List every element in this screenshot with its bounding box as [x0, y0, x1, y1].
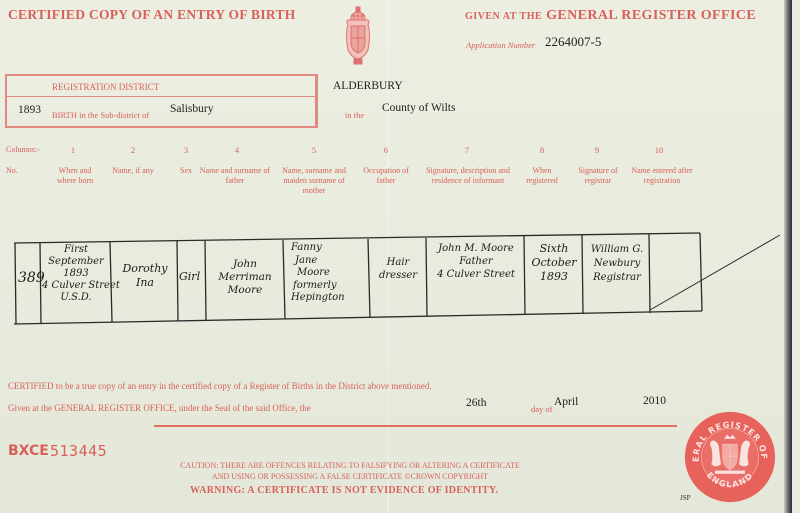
- entry-when-registered: Sixth October 1893: [526, 242, 582, 284]
- father-first: John: [207, 258, 283, 271]
- entry-father: John Merriman Moore: [207, 258, 283, 297]
- issue-day: 26th: [466, 397, 486, 409]
- general-register-office-seal-icon: GENERAL REGISTER OFFICE × ENGLAND ×: [684, 411, 776, 503]
- registrar-title: Registrar: [584, 271, 650, 285]
- registered-year: 1893: [526, 270, 582, 284]
- certification-statement: CERTIFIED to be a true copy of an entry …: [8, 381, 432, 391]
- issue-month: April: [554, 396, 578, 408]
- born-year: 1893: [42, 268, 110, 280]
- registered-month: October: [526, 256, 582, 270]
- entry-informant: John M. Moore Father 4 Culver Street: [428, 242, 524, 281]
- entry-mother: Fanny Jane Moore formerly Hepington: [287, 242, 367, 305]
- informant-name: John M. Moore: [428, 242, 524, 255]
- occupation-line2: dresser: [370, 269, 426, 282]
- informant-relation: Father: [428, 255, 524, 268]
- mother-surname: Moore: [287, 267, 367, 280]
- name-second: Ina: [114, 276, 176, 290]
- serial-number: 513445: [50, 442, 107, 460]
- born-district: U.S.D.: [42, 292, 110, 304]
- serial-prefix: BXCE: [8, 443, 49, 459]
- mother-middle: Jane: [287, 255, 367, 268]
- caution-line-2: AND USING OR POSSESSING A FALSE CERTIFIC…: [160, 471, 540, 482]
- entry-sex: Girl: [179, 270, 200, 283]
- scan-edge: [784, 0, 792, 513]
- entry-name: Dorothy Ina: [114, 262, 176, 290]
- born-address: 4 Culver Street: [42, 280, 110, 292]
- caution-line-1: CAUTION: THERE ARE OFFENCES RELATING TO …: [160, 460, 540, 471]
- mother-first: Fanny: [287, 242, 367, 255]
- born-month: September: [42, 256, 110, 268]
- name-first: Dorothy: [114, 262, 176, 276]
- entry-occupation: Hair dresser: [370, 256, 426, 282]
- informant-address: 4 Culver Street: [428, 268, 524, 281]
- entry-when-where-born: First September 1893 4 Culver Street U.S…: [42, 244, 110, 304]
- father-middle: Merriman: [207, 271, 283, 284]
- entry-number: 389: [18, 270, 45, 286]
- registered-day: Sixth: [526, 242, 582, 256]
- registrar-name: William G.: [584, 243, 650, 257]
- born-day: First: [42, 244, 110, 256]
- mother-formerly: formerly: [287, 280, 367, 293]
- registrar-surname: Newbury: [584, 257, 650, 271]
- given-statement: Given at the GENERAL REGISTER OFFICE, un…: [8, 403, 311, 413]
- signature-line: [154, 425, 677, 427]
- mother-maiden: Hepington: [287, 292, 367, 305]
- father-surname: Moore: [207, 284, 283, 297]
- day-of-label: day of: [531, 404, 552, 414]
- entry-registrar: William G. Newbury Registrar: [584, 243, 650, 285]
- identity-warning: WARNING: A CERTIFICATE IS NOT EVIDENCE O…: [190, 485, 498, 496]
- occupation-line1: Hair: [370, 256, 426, 269]
- issue-year: 2010: [643, 395, 666, 407]
- caution-notice: CAUTION: THERE ARE OFFENCES RELATING TO …: [160, 460, 540, 482]
- birth-certificate: CERTIFIED COPY OF AN ENTRY OF BIRTH GIVE…: [0, 0, 792, 513]
